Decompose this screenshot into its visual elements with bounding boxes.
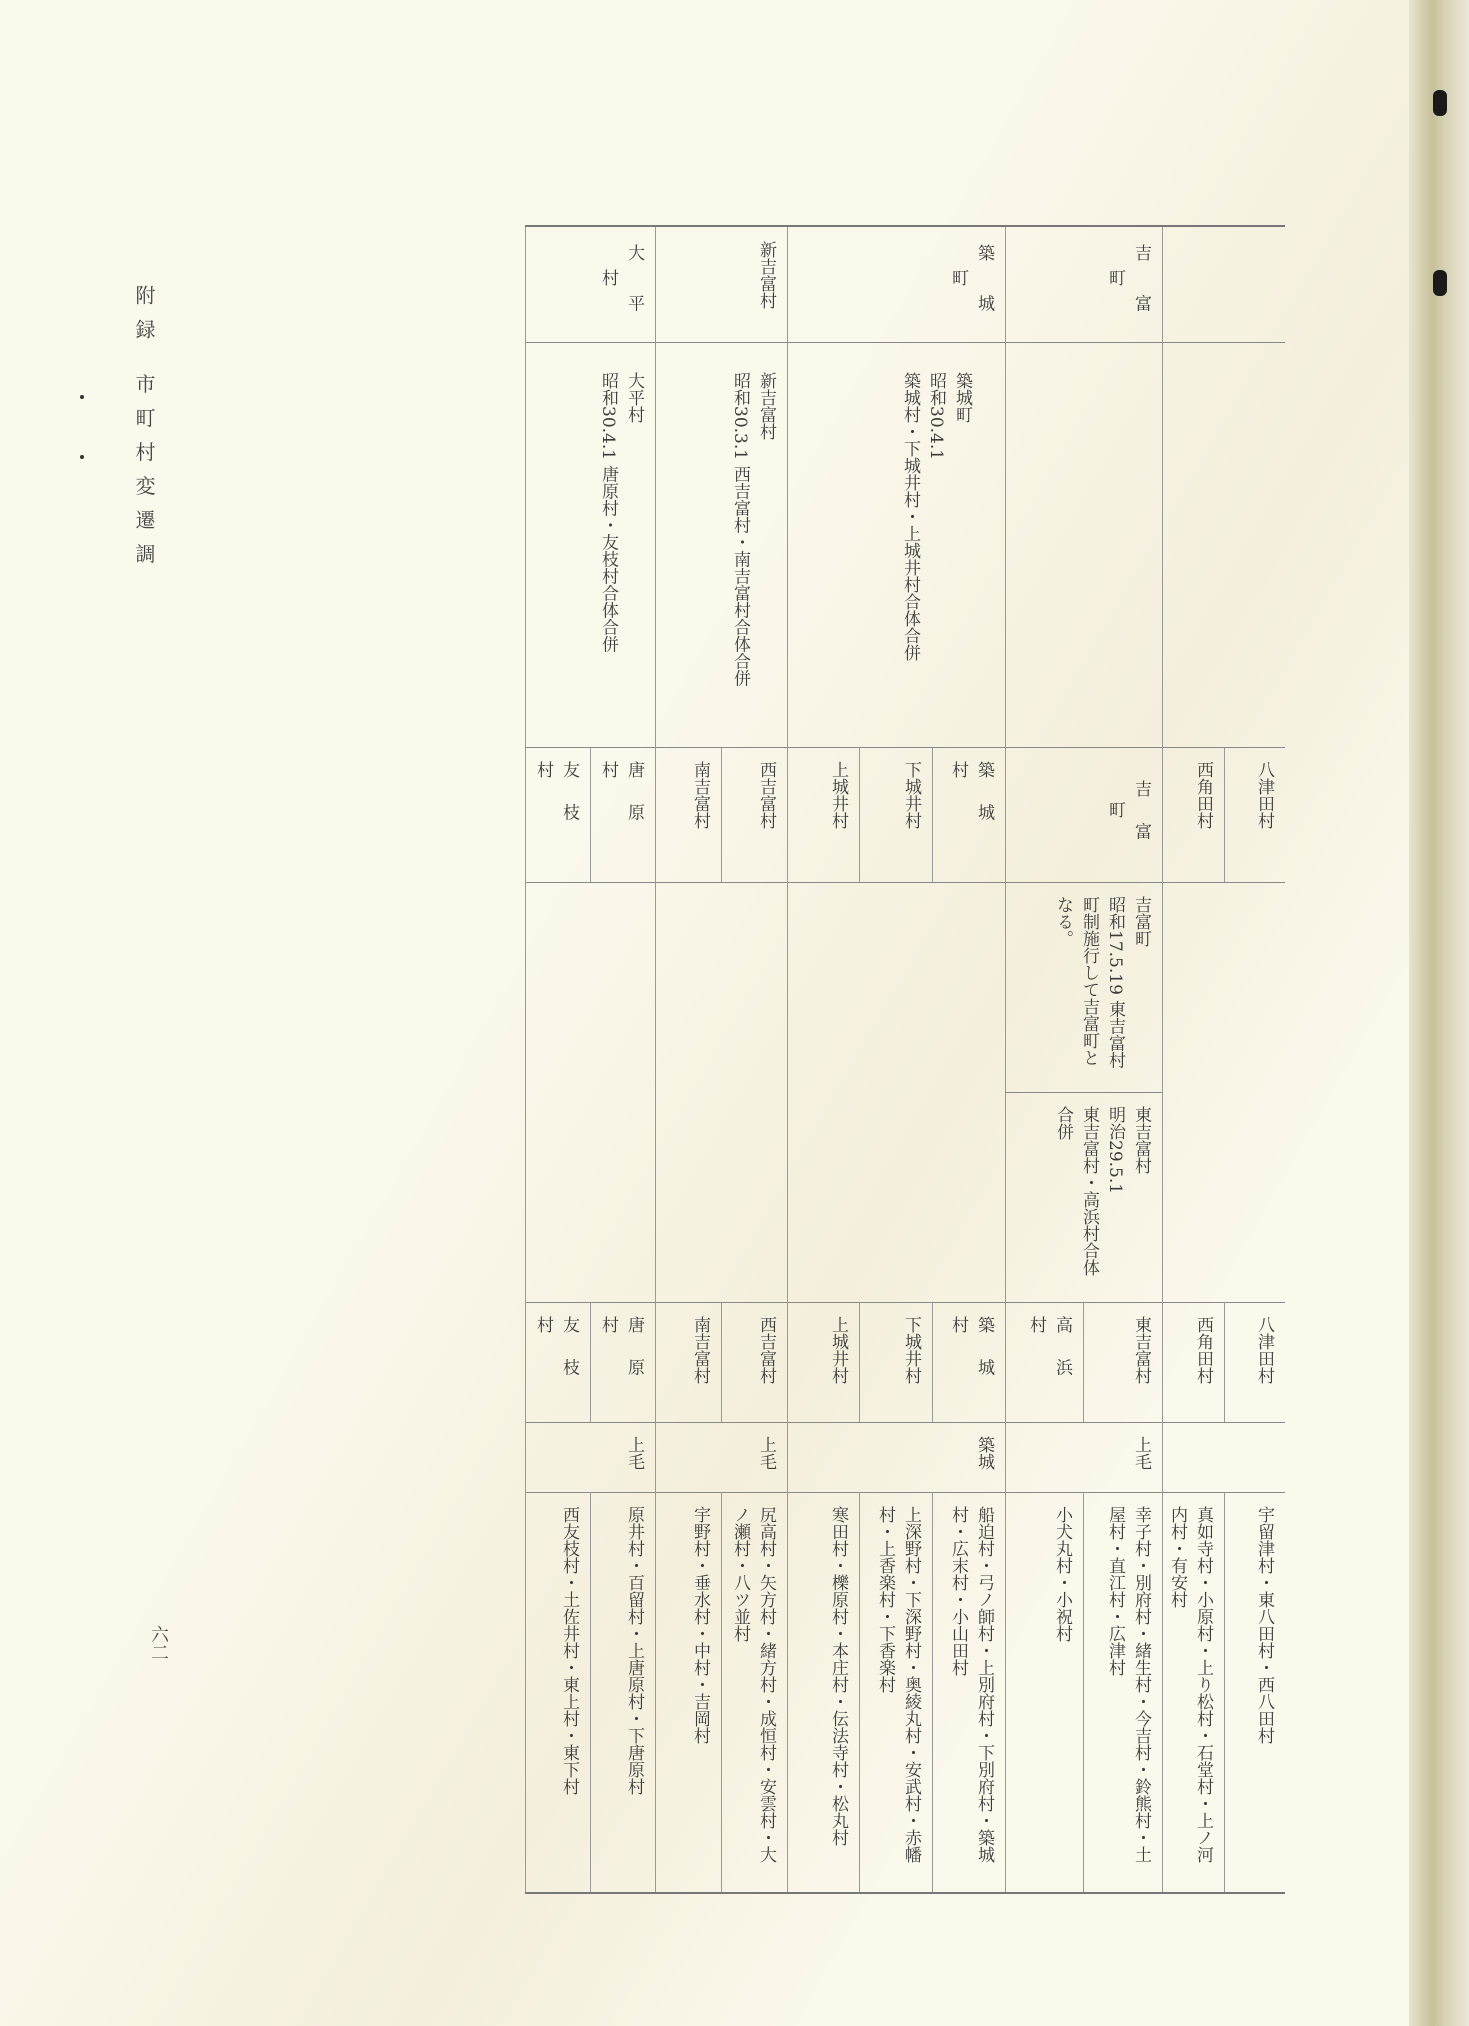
intermediate-village: 上城井村 <box>787 747 859 882</box>
intermediate-village: 友 枝 村 <box>525 747 590 882</box>
intermediate-village: 八津田村 <box>1224 747 1285 882</box>
intermediate-village: 唐 原 村 <box>590 747 655 882</box>
old-villages: 宇留津村・東八田村・西八田村 <box>1224 1492 1285 1892</box>
county: 上毛 <box>525 1422 655 1492</box>
village: 西吉富村 <box>721 1302 787 1422</box>
village: 南吉富村 <box>655 1302 721 1422</box>
current-municipality <box>1162 227 1285 342</box>
merger-note: 築城町 昭和30.4.1 築城村・下城井村・上城井村合体合併 <box>787 342 1005 747</box>
print-speck <box>80 395 84 399</box>
old-villages: 小犬丸村・小祝村 <box>1005 1492 1083 1892</box>
binding-edge <box>1409 0 1469 2026</box>
current-municipality: 大 平 村 <box>525 227 655 342</box>
intermediate-village: 築 城 村 <box>932 747 1005 882</box>
town-formation-note: 吉富町 昭和17.5.19 東吉富村町制施行して吉富町となる。 <box>1005 882 1162 1092</box>
old-villages: 幸子村・別府村・緒生村・今吉村・鈴熊村・土屋村・直江村・広津村 <box>1083 1492 1162 1892</box>
page-number: 六二 <box>145 1625 171 1661</box>
village: 東吉富村 <box>1083 1302 1162 1422</box>
village: 唐 原 村 <box>590 1302 655 1422</box>
village: 友 枝 村 <box>525 1302 590 1422</box>
old-villages: 寒田村・櫟原村・本庄村・伝法寺村・松丸村 <box>787 1492 859 1892</box>
village: 上城井村 <box>787 1302 859 1422</box>
village: 八津田村 <box>1224 1302 1285 1422</box>
intermediate-village: 西吉富村 <box>721 747 787 882</box>
current-municipality: 築 城 町 <box>787 227 1005 342</box>
print-speck <box>80 455 84 459</box>
village: 築 城 村 <box>932 1302 1005 1422</box>
old-villages: 西友枝村・土佐井村・東上村・東下村 <box>525 1492 590 1892</box>
intermediate-village: 西角田村 <box>1162 747 1224 882</box>
rule <box>1005 1092 1162 1093</box>
village: 下城井村 <box>859 1302 932 1422</box>
old-villages: 上深野村・下深野村・奥綾丸村・安武村・赤幡村・上香楽村・下香楽村 <box>859 1492 932 1892</box>
municipal-change-table: 大 平 村 大平村 昭和30.4.1 唐原村・友枝村合体合併 友 枝 村 唐 原… <box>525 225 1285 1894</box>
village: 高 浜 村 <box>1005 1302 1083 1422</box>
intermediate-town: 吉 富 町 <box>1005 747 1162 882</box>
rule <box>525 882 1285 883</box>
county: 上毛 <box>655 1422 787 1492</box>
intermediate-village: 南吉富村 <box>655 747 721 882</box>
merger-note: 新吉富村 昭和30.3.1 西吉富村・南吉富村合体合併 <box>655 342 787 747</box>
intermediate-village: 下城井村 <box>859 747 932 882</box>
running-header: 附録 市町村変遷調 <box>130 285 159 577</box>
current-municipality: 新吉富村 <box>655 227 787 342</box>
old-villages: 真如寺村・小原村・上り松村・石堂村・上ノ河内村・有安村 <box>1162 1492 1224 1892</box>
old-villages: 船迫村・弓ノ師村・上別府村・下別府村・築城村・広末村・小山田村 <box>932 1492 1005 1892</box>
county: 上毛 <box>1005 1422 1162 1492</box>
county <box>1162 1422 1285 1492</box>
merger-note <box>1005 342 1162 747</box>
current-municipality: 吉 富 町 <box>1005 227 1162 342</box>
old-villages: 原井村・百留村・上唐原村・下唐原村 <box>590 1492 655 1892</box>
county: 築城 <box>787 1422 1005 1492</box>
old-villages: 尻高村・矢方村・緒方村・成恒村・安雲村・大ノ瀬村・八ツ並村 <box>721 1492 787 1892</box>
village-merger-note: 東吉富村 明治29.5.1 東吉富村・高浜村合体合併 <box>1005 1092 1162 1302</box>
village: 西角田村 <box>1162 1302 1224 1422</box>
old-villages: 宇野村・垂水村・中村・吉岡村 <box>655 1492 721 1892</box>
merger-note: 大平村 昭和30.4.1 唐原村・友枝村合体合併 <box>525 342 655 747</box>
merger-note <box>1162 342 1285 747</box>
binding-hole <box>1433 90 1447 116</box>
binding-hole <box>1433 270 1447 296</box>
